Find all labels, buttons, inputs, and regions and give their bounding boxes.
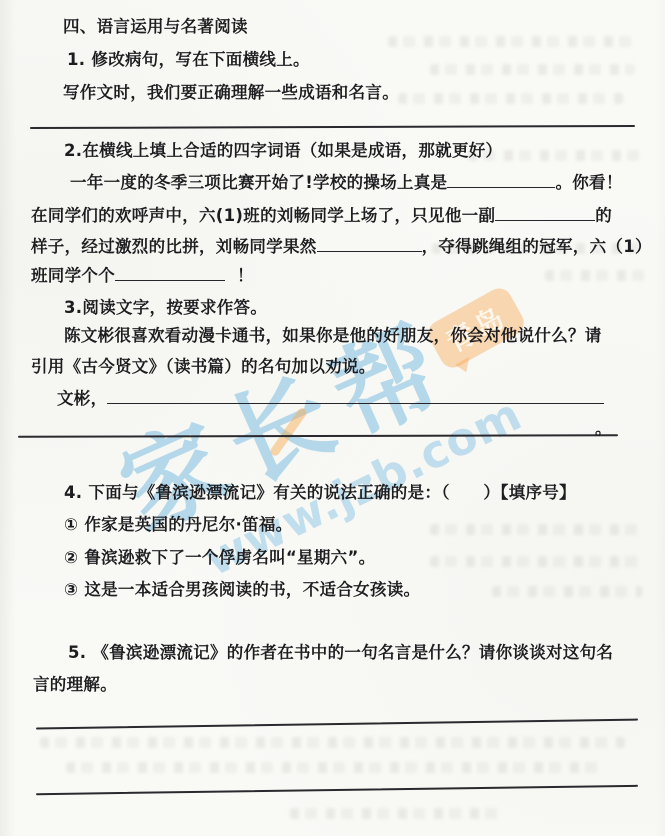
q2-line1-text: 一年一度的冬季三项比赛开始了!学校的操场上真是 xyxy=(70,173,447,192)
q2-line-4: 班同学个个！ xyxy=(31,266,254,287)
q3-body-line-1: 陈文彬很喜欢看动漫卡通书，如果你是他的好朋友，你会对他说什么？请 xyxy=(64,326,602,347)
q3-prompt: 3.阅读文字，按要求作答。 xyxy=(64,298,267,319)
q1-sentence: 写作文时，我们要正确理解一些成语和名言。 xyxy=(63,83,399,104)
q3-salutation: 文彬， xyxy=(57,389,107,408)
q2-line2-text: 在同学们的欢呼声中，六(1)班的刘畅同学上场了，只见他一副 xyxy=(31,206,495,225)
q2-blank-2 xyxy=(495,217,595,221)
q4-option-1: ① 作家是英国的丹尼尔·笛福。 xyxy=(64,515,292,536)
q1-prompt: 1. 修改病句，写在下面横线上。 xyxy=(67,50,310,71)
ghost-bleed-text xyxy=(430,556,640,567)
q2-line4-text-after: ！ xyxy=(225,266,254,285)
q2-line3-text: 样子，经过激烈的比拼，刘畅同学果然 xyxy=(31,237,317,256)
q4-prompt: 4. 下面与《鲁滨逊漂流记》有关的说法正确的是：（ ）【填序号】 xyxy=(64,483,576,504)
ghost-bleed-text xyxy=(66,762,606,773)
ghost-bleed-text xyxy=(398,93,623,104)
q5-answer-line-2 xyxy=(36,785,638,795)
q3-answer-line-2 xyxy=(18,434,618,438)
ghost-bleed-text xyxy=(430,64,635,75)
q3-answer-lead: 文彬， xyxy=(57,389,604,410)
ghost-bleed-text xyxy=(430,524,645,535)
q2-blank-3 xyxy=(317,248,422,252)
ghost-bleed-text xyxy=(388,36,638,47)
q5-prompt-line-1: 5. 《鲁滨逊漂流记》的作者在书中的一句名言是什么？请你谈谈对这句名 xyxy=(68,643,613,664)
q4-option-3: ③ 这是一本适合男孩阅读的书，不适合女孩读。 xyxy=(64,580,420,601)
q2-line3-text-after: ，夺得跳绳组的冠军，六（1） xyxy=(422,237,652,256)
q3-body-line-2: 引用《古今贤文》（读书篇）的名句加以劝说。 xyxy=(31,357,376,378)
ghost-bleed-text xyxy=(40,737,625,748)
q2-line-2: 在同学们的欢呼声中，六(1)班的刘畅同学上场了，只见他一副的 xyxy=(31,206,612,227)
q2-line1-text-after: 。你看！ xyxy=(555,173,622,192)
q2-line2-text-after: 的 xyxy=(595,206,612,225)
q2-blank-4 xyxy=(115,277,225,281)
q2-prompt: 2.在横线上填上合适的四字词语（如果是成语，那就更好） xyxy=(64,141,502,162)
q2-line-3: 样子，经过激烈的比拼，刘畅同学果然，夺得跳绳组的冠军，六（1） xyxy=(31,237,652,258)
q2-line4-text: 班同学个个 xyxy=(31,266,115,285)
q3-line-end-punct: 。 xyxy=(595,419,612,440)
q2-blank-1 xyxy=(447,184,555,188)
q3-answer-blank-1 xyxy=(107,400,604,404)
exam-page: 家长帮 www.jzb.com 青岛 四、语言运用与名著阅读 1. 修改病句，写… xyxy=(0,0,665,836)
ghost-bleed-text xyxy=(290,808,500,819)
q4-option-2: ② 鲁滨逊救下了一个俘虏名叫“星期六”。 xyxy=(64,548,375,569)
section-title: 四、语言运用与名著阅读 xyxy=(63,17,248,38)
ghost-bleed-text xyxy=(492,586,642,597)
q2-line-1: 一年一度的冬季三项比赛开始了!学校的操场上真是。你看！ xyxy=(70,173,623,194)
q5-answer-line-1 xyxy=(36,719,638,730)
orange-accent-stroke xyxy=(269,406,308,457)
ghost-bleed-text xyxy=(545,270,650,281)
q1-answer-line xyxy=(30,125,635,130)
q5-prompt-line-2: 言的理解。 xyxy=(33,675,117,696)
